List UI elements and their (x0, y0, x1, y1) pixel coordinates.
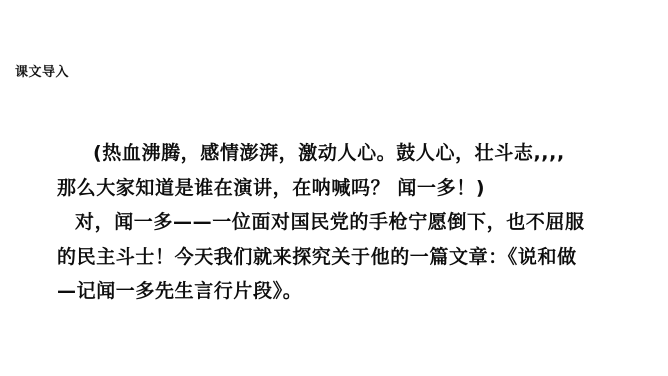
slide-body: (热血沸腾，感情澎湃，激动人心。鼓人心，壮斗志,,,, 那么大家知道是谁在演讲，… (57, 136, 587, 309)
intro-paragraph: (热血沸腾，感情澎湃，激动人心。鼓人心，壮斗志,,,, 那么大家知道是谁在演讲，… (57, 136, 587, 205)
lesson-paragraph: 对，闻一多——一位面对国民党的手枪宁愿倒下，也不屈服的民主斗士！今天我们就来探究… (57, 205, 587, 309)
slide: 课文导入 (热血沸腾，感情澎湃，激动人心。鼓人心，壮斗志,,,, 那么大家知道是… (0, 0, 668, 376)
section-title: 课文导入 (15, 61, 69, 80)
